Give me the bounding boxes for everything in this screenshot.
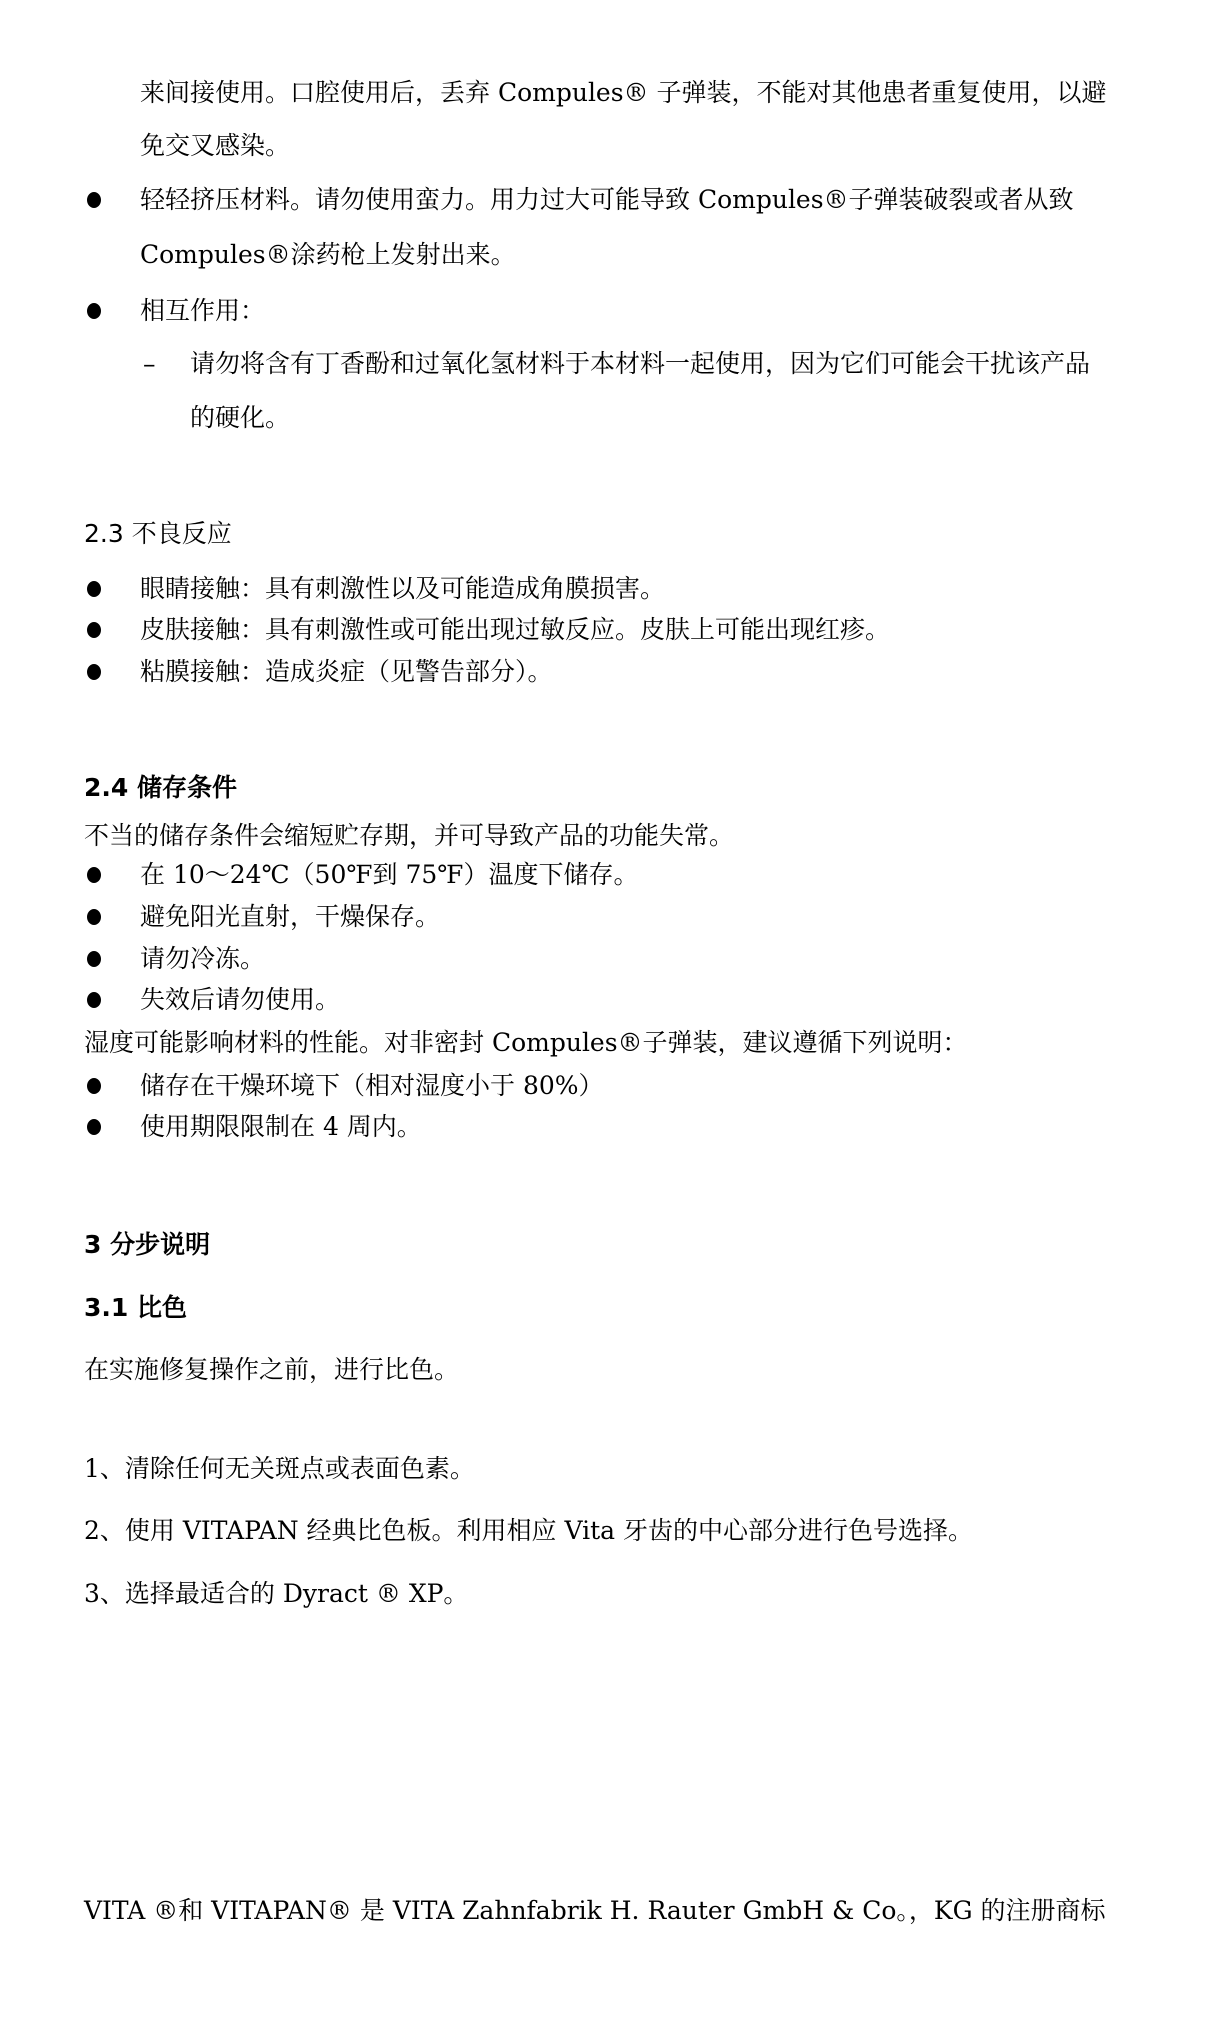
section-heading-2-3: 2.3 不良反应 <box>84 519 232 549</box>
list-item: 在 10～24℃（50℉到 75℉）温度下储存。 <box>140 860 638 890</box>
list-item: 轻轻挤压材料。请勿使用蛮力。用力过大可能导致 Compules®子弹装破裂或者从… <box>140 185 1074 215</box>
bullet-icon <box>87 303 101 319</box>
paragraph: 在实施修复操作之前，进行比色。 <box>84 1355 459 1385</box>
list-item: 避免阳光直射，干燥保存。 <box>140 902 440 932</box>
paragraph: 不当的储存条件会缩短贮存期，并可导致产品的功能失常。 <box>84 821 734 851</box>
paragraph: 湿度可能影响材料的性能。对非密封 Compules®子弹装，建议遵循下列说明： <box>84 1028 968 1058</box>
bullet-icon <box>87 867 101 883</box>
list-item: 储存在干燥环境下（相对湿度小于 80%） <box>140 1071 604 1101</box>
list-item: 皮肤接触：具有刺激性或可能出现过敏反应。皮肤上可能出现红疹。 <box>140 615 890 645</box>
bullet-icon <box>87 951 101 967</box>
paragraph-line: 来间接使用。口腔使用后，丢弃 Compules® 子弹装，不能对其他患者重复使用… <box>140 78 1107 108</box>
bullet-icon <box>87 622 101 638</box>
step-item: 2、使用 VITAPAN 经典比色板。利用相应 Vita 牙齿的中心部分进行色号… <box>84 1516 973 1546</box>
bullet-icon <box>87 1119 101 1135</box>
bullet-icon <box>87 1078 101 1094</box>
list-item-continuation: Compules®涂药枪上发射出来。 <box>140 240 516 270</box>
bullet-icon <box>87 909 101 925</box>
section-heading-3: 3 分步说明 <box>84 1230 210 1260</box>
list-item: 相互作用： <box>140 296 265 326</box>
list-item: 请勿冷冻。 <box>140 944 265 974</box>
step-item: 1、清除任何无关斑点或表面色素。 <box>84 1454 475 1484</box>
sub-list-item-continuation: 的硬化。 <box>190 403 290 433</box>
trademark-footer: VITA ®和 VITAPAN® 是 VITA Zahnfabrik H. Ra… <box>84 1896 1106 1926</box>
list-item: 眼睛接触：具有刺激性以及可能造成角膜损害。 <box>140 574 665 604</box>
list-item: 粘膜接触：造成炎症（见警告部分）。 <box>140 657 553 687</box>
bullet-icon <box>87 664 101 680</box>
section-heading-2-4: 2.4 储存条件 <box>84 773 237 803</box>
paragraph-line: 免交叉感染。 <box>140 131 290 161</box>
bullet-icon <box>87 192 101 208</box>
sub-list-item: 请勿将含有丁香酚和过氧化氢材料于本材料一起使用，因为它们可能会干扰该产品 <box>190 349 1090 379</box>
dash-icon: – <box>143 350 156 379</box>
list-item: 失效后请勿使用。 <box>140 985 340 1015</box>
bullet-icon <box>87 581 101 597</box>
bullet-icon <box>87 992 101 1008</box>
step-item: 3、选择最适合的 Dyract ® XP。 <box>84 1579 468 1609</box>
section-heading-3-1: 3.1 比色 <box>84 1293 187 1323</box>
list-item: 使用期限限制在 4 周内。 <box>140 1112 422 1142</box>
